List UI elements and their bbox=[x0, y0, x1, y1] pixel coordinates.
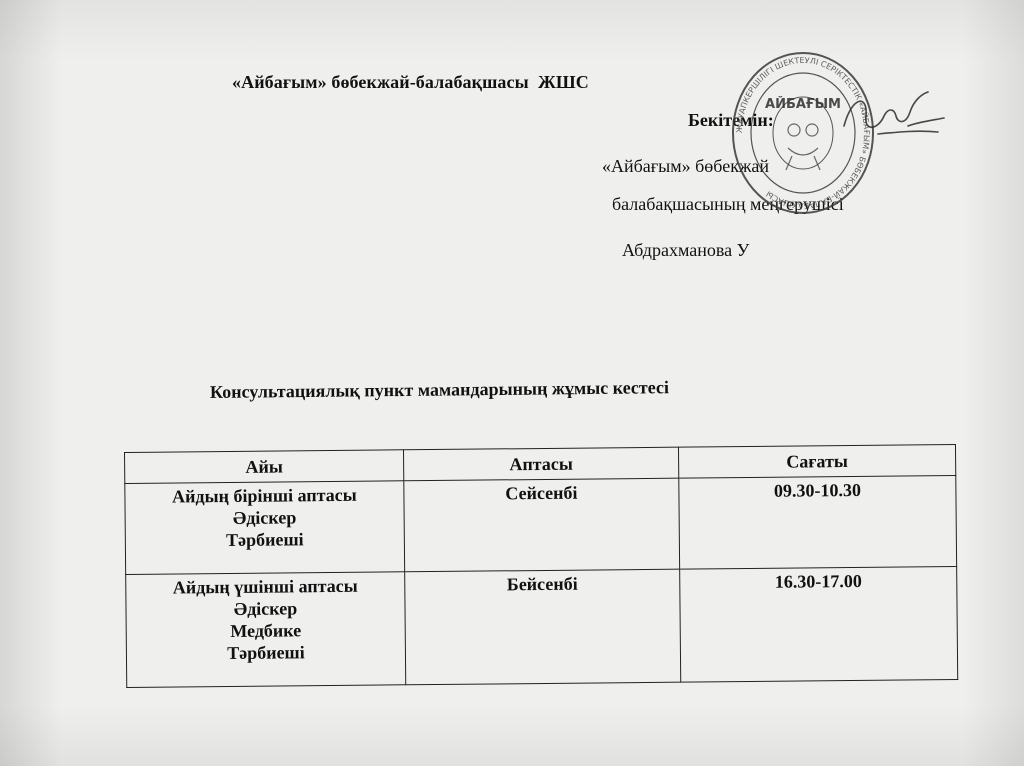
document-title: Консультациялық пункт мамандарының жұмыс… bbox=[210, 377, 669, 403]
hours-cell: 09.30-10.30 bbox=[679, 476, 957, 570]
month-period: Айдың үшінші аптасы bbox=[130, 574, 400, 599]
specialist: Тәрбиеші bbox=[131, 640, 401, 665]
column-header-month: Айы bbox=[125, 450, 404, 484]
month-cell: Айдың үшінші аптасы Әдіскер Медбике Тәрб… bbox=[126, 572, 406, 688]
table-row: Айдың бірінші аптасы Әдіскер Тәрбиеші Се… bbox=[125, 476, 957, 575]
schedule-table-container: Айы Аптасы Сағаты Айдың бірінші аптасы Ә… bbox=[124, 444, 958, 688]
weekday-cell: Сейсенбі bbox=[404, 478, 680, 572]
schedule-table: Айы Аптасы Сағаты Айдың бірінші аптасы Ә… bbox=[124, 444, 958, 688]
weekday-cell: Бейсенбі bbox=[405, 569, 681, 685]
specialist: Әдіскер bbox=[130, 505, 400, 530]
column-header-hours: Сағаты bbox=[678, 445, 955, 479]
specialist: Тәрбиеші bbox=[130, 527, 400, 552]
specialist: Әдіскер bbox=[130, 596, 400, 621]
table-row: Айдың үшінші аптасы Әдіскер Медбике Тәрб… bbox=[126, 567, 958, 688]
specialist: Медбике bbox=[131, 618, 401, 643]
hours-cell: 16.30-17.00 bbox=[680, 567, 958, 683]
approval-name: Абдрахманова У bbox=[622, 240, 749, 261]
organization-header: «Айбағым» бөбекжай-балабақшасы ЖШС bbox=[232, 72, 589, 93]
month-cell: Айдың бірінші аптасы Әдіскер Тәрбиеші bbox=[125, 481, 405, 575]
svg-text:АЙБАҒЫМ: АЙБАҒЫМ bbox=[765, 96, 841, 112]
month-period: Айдың бірінші аптасы bbox=[129, 483, 399, 508]
handwritten-signature-icon bbox=[838, 86, 948, 146]
column-header-week: Аптасы bbox=[403, 447, 678, 481]
